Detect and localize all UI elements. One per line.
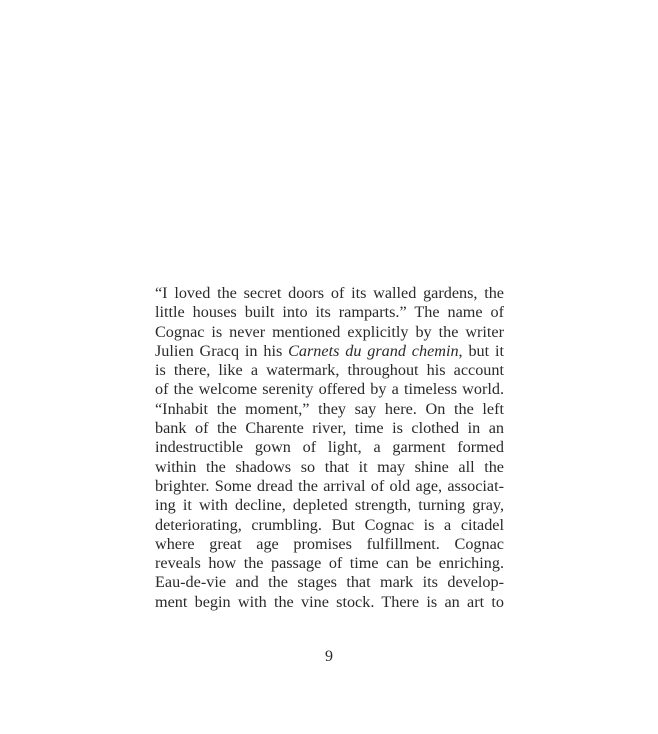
text-line: Cognac is never mentioned explicitly by … [155,323,504,342]
text-line: brighter. Some dread the arrival of old … [155,477,504,496]
body-paragraph: “I loved the secret doors of its walled … [155,284,504,612]
text-line: deteriorating, crumbling. But Cognac is … [155,516,504,535]
text-line: where great age promises fulfillment. Co… [155,535,504,554]
text-line: little houses built into its ramparts.” … [155,303,504,322]
page-number: 9 [0,648,658,666]
text-line: ment begin with the vine stock. There is… [155,593,504,612]
text-line: “I loved the secret doors of its walled … [155,284,504,303]
book-page: “I loved the secret doors of its walled … [0,0,658,734]
text-line: indestructible gown of light, a garment … [155,438,504,457]
text-line: Julien Gracq in his Carnets du grand che… [155,342,504,361]
text-line: “Inhabit the moment,” they say here. On … [155,400,504,419]
text-line: ing it with decline, depleted strength, … [155,496,504,515]
text-line: of the welcome serenity offered by a tim… [155,380,504,399]
text-line: is there, like a watermark, throughout h… [155,361,504,380]
text-line: bank of the Charente river, time is clot… [155,419,504,438]
text-segment: Julien Gracq in his [155,342,288,360]
book-title-italic: Carnets du grand chemin [288,342,458,360]
text-line: within the shadows so that it may shine … [155,458,504,477]
text-segment: , but it [459,342,504,360]
text-line: Eau-de-vie and the stages that mark its … [155,573,504,592]
text-line: reveals how the passage of time can be e… [155,554,504,573]
